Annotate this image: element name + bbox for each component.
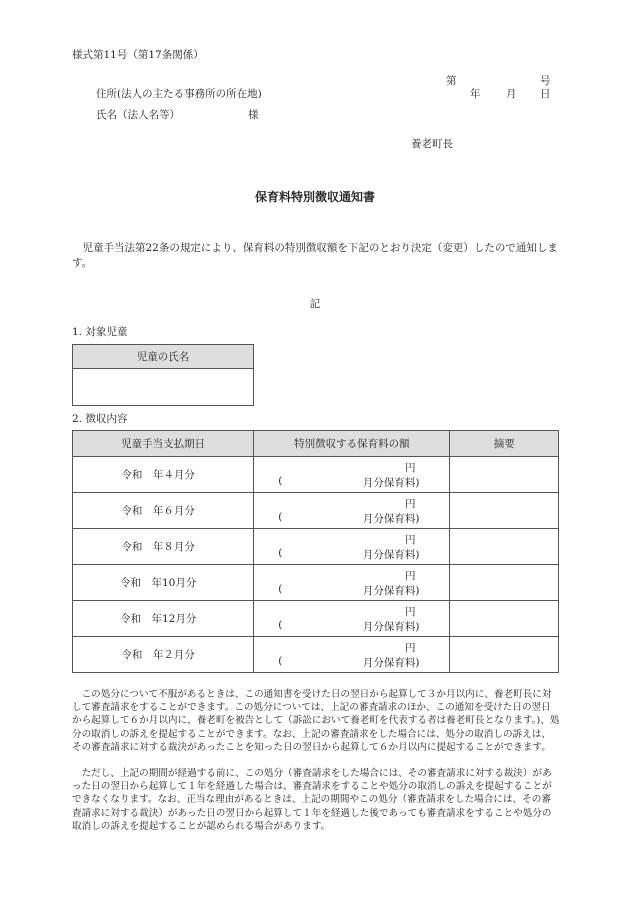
amount-cell[interactable]: 円(月分保育料) — [254, 565, 450, 601]
form-number: 様式第11号（第17条関係） — [72, 47, 204, 62]
yen-unit: 円 — [405, 532, 416, 547]
period-cell: 令和 年２月分 — [121, 647, 205, 662]
remarks-cell[interactable] — [450, 529, 559, 565]
remarks-cell[interactable] — [450, 457, 559, 493]
appeal-notice-paragraph: この処分について不服があるときは、この通知書を受けた日の翌日から起算して３か月以… — [72, 688, 560, 754]
amount-cell[interactable]: 円(月分保育料) — [254, 601, 450, 637]
month-fee-label: 月分保育料) — [363, 511, 420, 526]
yen-unit: 円 — [405, 604, 416, 619]
yen-unit: 円 — [405, 640, 416, 655]
section-1-heading: 1. 対象児童 — [72, 324, 127, 339]
remarks-cell[interactable] — [450, 637, 559, 673]
period-cell: 令和 年４月分 — [121, 467, 205, 482]
month-fee-label: 月分保育料) — [363, 583, 420, 598]
address-label: 住所(法人の主たる事務所の所在地) — [96, 86, 262, 101]
name-label: 氏名（法人名等） — [96, 107, 180, 122]
open-paren: ( — [278, 511, 282, 523]
yen-unit: 円 — [405, 496, 416, 511]
doc-number-prefix: 第 — [446, 73, 457, 88]
open-paren: ( — [278, 583, 282, 595]
document-title: 保育料特別徴収通知書 — [0, 188, 630, 205]
intro-paragraph: 児童手当法第22条の規定により、保育料の特別徴収額を下記のとおり決定（変更）した… — [72, 241, 560, 271]
amount-cell[interactable]: 円(月分保育料) — [254, 493, 450, 529]
table-row: 令和 年６月分 円(月分保育料) — [73, 493, 559, 529]
issuer: 養老町長 — [411, 136, 453, 151]
honorific: 様 — [248, 107, 259, 122]
yen-unit: 円 — [405, 568, 416, 583]
yen-unit: 円 — [405, 460, 416, 475]
column-header-payment-date: 児童手当支払期日 — [73, 431, 254, 457]
date-month: 月 — [506, 86, 517, 101]
month-fee-label: 月分保育料) — [363, 475, 420, 490]
remarks-cell[interactable] — [450, 493, 559, 529]
month-fee-label: 月分保育料) — [363, 619, 420, 634]
open-paren: ( — [278, 475, 282, 487]
child-name-cell[interactable] — [73, 369, 254, 406]
column-header-remarks: 摘要 — [450, 431, 559, 457]
table-row: 令和 年２月分 円(月分保育料) — [73, 637, 559, 673]
date-day: 日 — [540, 86, 551, 101]
month-fee-label: 月分保育料) — [363, 655, 420, 670]
amount-cell[interactable]: 円(月分保育料) — [254, 457, 450, 493]
period-cell: 令和 年６月分 — [121, 503, 205, 518]
table-row: 令和 年12月分 円(月分保育料) — [73, 601, 559, 637]
amount-cell[interactable]: 円(月分保育料) — [254, 637, 450, 673]
deadline-notice-paragraph: ただし、上記の期間が経過する前に、この処分（審査請求をした場合には、その審査請求… — [72, 767, 560, 833]
table-row: 令和 年４月分 円(月分保育料) — [73, 457, 559, 493]
amount-cell[interactable]: 円(月分保育料) — [254, 529, 450, 565]
open-paren: ( — [278, 619, 282, 631]
ki-heading: 記 — [0, 296, 630, 311]
date-year: 年 — [470, 86, 481, 101]
table-row: 令和 年８月分 円(月分保育料) — [73, 529, 559, 565]
section-2-heading: 2. 徴収内容 — [72, 411, 127, 426]
open-paren: ( — [278, 547, 282, 559]
child-name-table: 児童の氏名 — [72, 344, 254, 406]
column-header-amount: 特別徴収する保育料の額 — [254, 431, 450, 457]
open-paren: ( — [278, 655, 282, 667]
collection-table: 児童手当支払期日 特別徴収する保育料の額 摘要 令和 年４月分 円(月分保育料)… — [72, 430, 559, 673]
month-fee-label: 月分保育料) — [363, 547, 420, 562]
remarks-cell[interactable] — [450, 601, 559, 637]
period-cell: 令和 年８月分 — [121, 539, 205, 554]
remarks-cell[interactable] — [450, 565, 559, 601]
child-name-header: 児童の氏名 — [73, 345, 254, 369]
period-cell: 令和 年12月分 — [120, 611, 206, 626]
table-row: 令和 年10月分 円(月分保育料) — [73, 565, 559, 601]
period-cell: 令和 年10月分 — [120, 575, 206, 590]
